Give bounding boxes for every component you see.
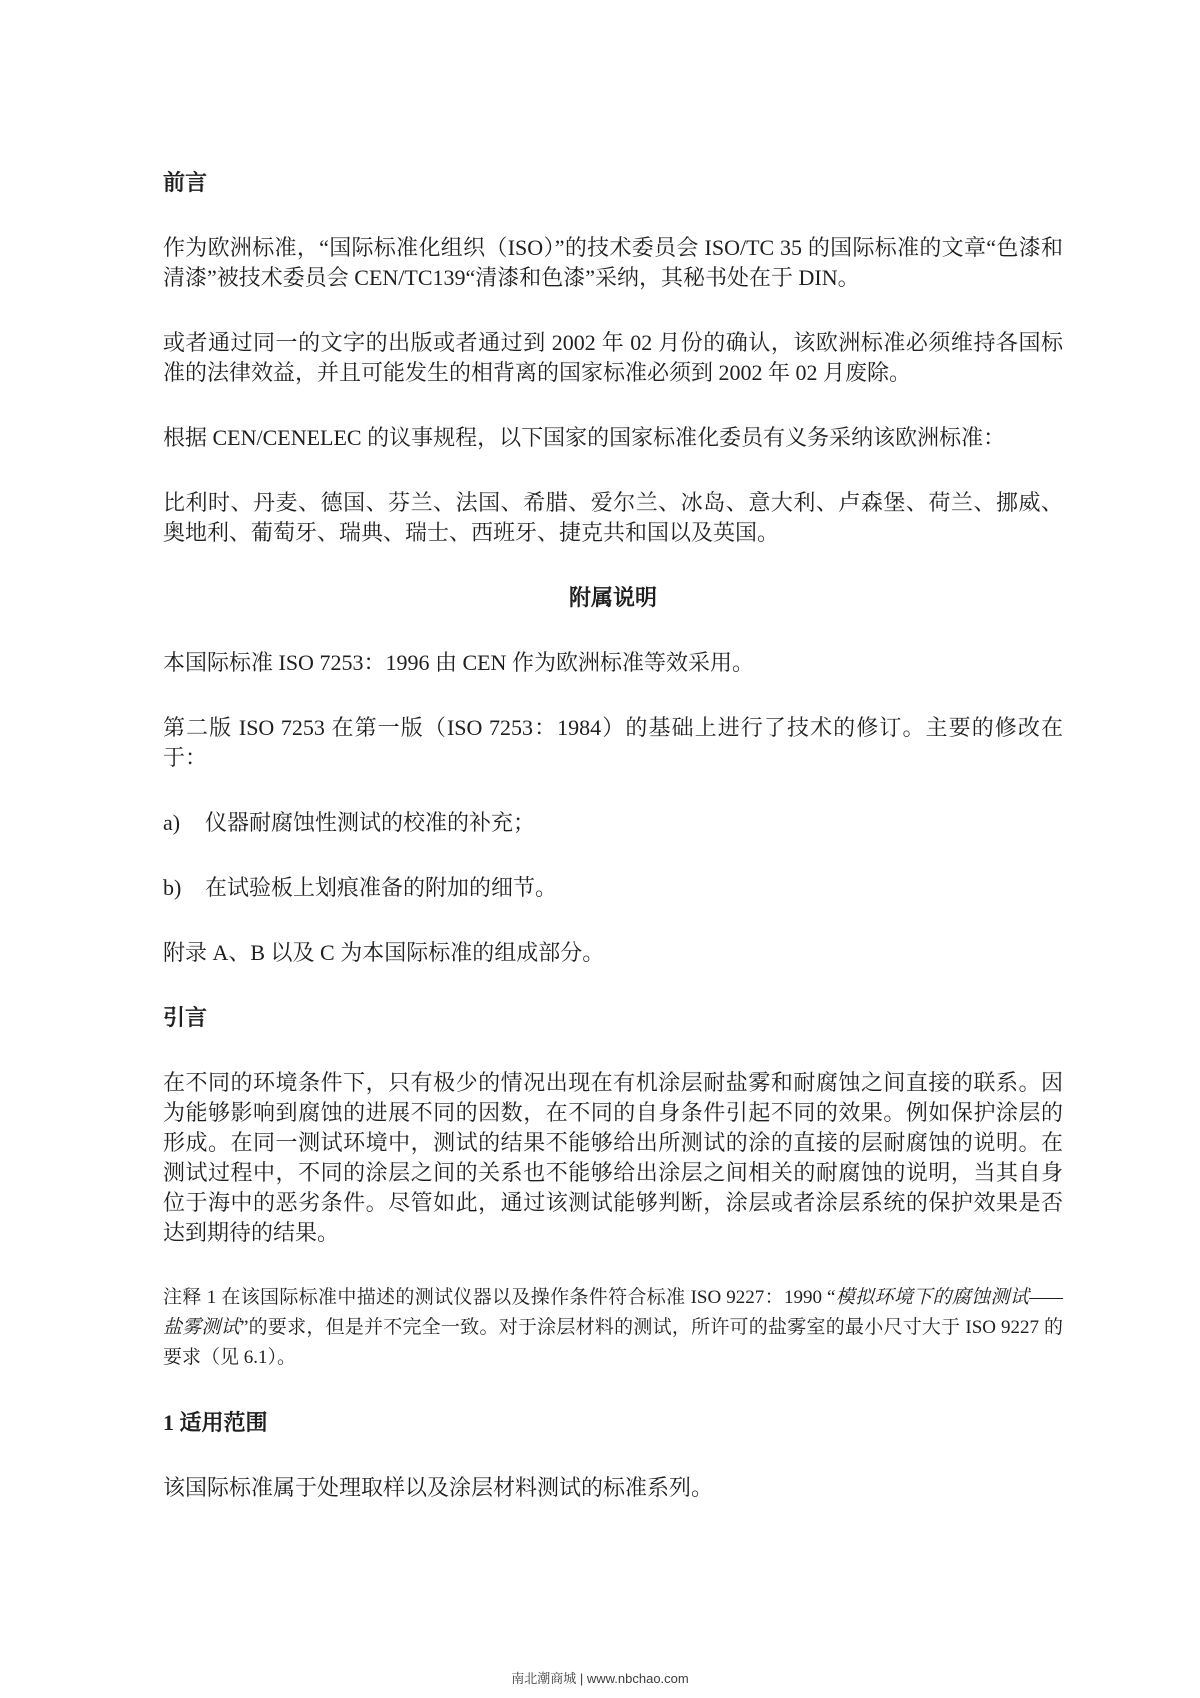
introduction-heading: 引言 [163, 1003, 1063, 1033]
annex-paragraph-3: 附录 A、B 以及 C 为本国际标准的组成部分。 [163, 938, 1063, 968]
foreword-paragraph-4: 比利时、丹麦、德国、芬兰、法国、希腊、爱尔兰、冰岛、意大利、卢森堡、荷兰、挪威、… [163, 488, 1063, 548]
note-paragraph: 注释 1 在该国际标准中描述的测试仪器以及操作条件符合标准 ISO 9227：1… [163, 1283, 1063, 1373]
revision-list-item-a: a) 仪器耐腐蚀性测试的校准的补充； [163, 808, 1063, 838]
document-content: 前言 作为欧洲标准，“国际标准化组织（ISO）”的技术委员会 ISO/TC 35… [163, 168, 1063, 1538]
annex-note-heading: 附属说明 [163, 583, 1063, 613]
note-text-suffix: ”的要求，但是并不完全一致。对于涂层材料的测试，所许可的盐雾室的最小尺寸大于 I… [163, 1317, 1063, 1368]
foreword-paragraph-3: 根据 CEN/CENELEC 的议事规程，以下国家的国家标准化委员有义务采纳该欧… [163, 423, 1063, 453]
revision-list-item-b: b) 在试验板上划痕准备的附加的细节。 [163, 873, 1063, 903]
footer-watermark: 南北潮商城 | www.nbchao.com [511, 1671, 688, 1686]
scope-paragraph-1: 该国际标准属于处理取样以及涂层材料测试的标准系列。 [163, 1473, 1063, 1503]
list-item-a-text: 仪器耐腐蚀性测试的校准的补充； [205, 808, 1063, 838]
foreword-heading: 前言 [163, 168, 1063, 198]
document-page: 前言 作为欧洲标准，“国际标准化组织（ISO）”的技术委员会 ISO/TC 35… [0, 0, 1200, 1698]
annex-paragraph-1: 本国际标准 ISO 7253：1996 由 CEN 作为欧洲标准等效采用。 [163, 648, 1063, 678]
foreword-paragraph-2: 或者通过同一的文字的出版或者通过到 2002 年 02 月份的确认，该欧洲标准必… [163, 328, 1063, 388]
introduction-paragraph-1: 在不同的环境条件下，只有极少的情况出现在有机涂层耐盐雾和耐腐蚀之间直接的联系。因… [163, 1068, 1063, 1248]
list-marker-b: b) [163, 873, 205, 903]
scope-heading: 1 适用范围 [163, 1408, 1063, 1438]
note-text-prefix: 注释 1 在该国际标准中描述的测试仪器以及操作条件符合标准 ISO 9227：1… [163, 1287, 835, 1308]
foreword-paragraph-1: 作为欧洲标准，“国际标准化组织（ISO）”的技术委员会 ISO/TC 35 的国… [163, 233, 1063, 293]
list-item-b-text: 在试验板上划痕准备的附加的细节。 [205, 873, 1063, 903]
annex-paragraph-2: 第二版 ISO 7253 在第一版（ISO 7253：1984）的基础上进行了技… [163, 713, 1063, 773]
list-marker-a: a) [163, 808, 205, 838]
page-footer: 南北潮商城 | www.nbchao.com [0, 1668, 1200, 1687]
